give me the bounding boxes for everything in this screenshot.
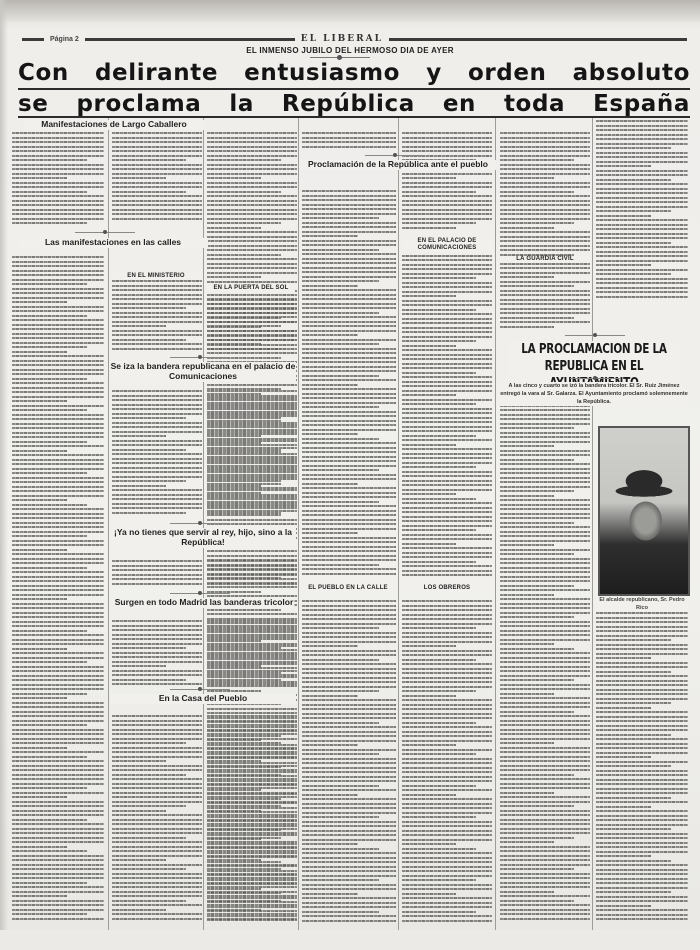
text-line bbox=[402, 399, 492, 401]
text-line bbox=[402, 264, 492, 266]
text-line bbox=[500, 814, 590, 816]
text-line bbox=[112, 560, 202, 562]
text-block bbox=[112, 560, 202, 587]
text-line bbox=[12, 355, 104, 357]
text-line bbox=[500, 778, 590, 780]
text-block bbox=[112, 390, 202, 516]
text-line bbox=[302, 141, 396, 143]
text-line bbox=[207, 249, 297, 251]
text-line bbox=[596, 738, 688, 740]
text-line bbox=[12, 769, 104, 771]
text-line bbox=[402, 834, 492, 836]
text-line bbox=[112, 801, 202, 803]
text-line bbox=[207, 204, 297, 206]
text-line bbox=[402, 295, 456, 297]
text-line bbox=[12, 886, 104, 888]
text-line bbox=[596, 273, 671, 275]
text-line bbox=[500, 463, 590, 465]
text-line bbox=[596, 680, 688, 682]
text-line bbox=[402, 282, 492, 284]
text-line bbox=[402, 222, 476, 224]
text-line bbox=[302, 663, 396, 665]
text-line bbox=[500, 285, 574, 287]
text-line bbox=[302, 609, 396, 611]
text-line bbox=[500, 594, 554, 596]
text-line bbox=[302, 253, 396, 255]
text-line bbox=[402, 345, 456, 347]
text-line bbox=[112, 343, 202, 345]
text-line bbox=[402, 794, 456, 796]
text-line bbox=[12, 351, 67, 353]
text-line bbox=[112, 674, 202, 676]
text-line bbox=[402, 444, 456, 446]
text-line bbox=[596, 219, 688, 221]
text-line bbox=[12, 177, 67, 179]
text-line bbox=[596, 797, 671, 799]
text-line bbox=[112, 670, 202, 672]
text-line bbox=[500, 495, 554, 497]
text-line bbox=[402, 417, 492, 419]
text-line bbox=[112, 444, 202, 446]
text-line bbox=[12, 882, 87, 884]
text-line bbox=[12, 895, 67, 897]
text-line bbox=[500, 299, 590, 301]
text-line bbox=[500, 294, 590, 296]
text-line bbox=[596, 864, 688, 866]
text-block bbox=[207, 620, 297, 688]
text-line bbox=[500, 810, 590, 812]
text-line bbox=[112, 494, 202, 496]
text-line bbox=[12, 445, 104, 447]
text-line bbox=[402, 182, 492, 184]
text-line bbox=[302, 636, 396, 638]
text-line bbox=[112, 298, 202, 300]
text-line bbox=[500, 909, 590, 911]
text-line bbox=[402, 556, 492, 558]
text-line bbox=[12, 522, 104, 524]
text-line bbox=[402, 857, 492, 859]
text-line bbox=[596, 707, 651, 709]
text-line bbox=[402, 520, 492, 522]
text-line bbox=[596, 648, 688, 650]
text-line bbox=[402, 915, 492, 917]
text-line bbox=[207, 629, 297, 631]
text-line bbox=[12, 337, 104, 339]
text-line bbox=[500, 540, 590, 542]
text-line bbox=[207, 841, 297, 843]
text-line bbox=[596, 837, 688, 839]
text-line bbox=[302, 690, 379, 692]
text-line bbox=[596, 747, 688, 749]
text-line bbox=[402, 430, 492, 432]
text-line bbox=[500, 720, 590, 722]
text-line bbox=[207, 652, 297, 654]
text-line bbox=[500, 182, 590, 184]
text-line bbox=[500, 150, 590, 152]
text-line bbox=[500, 639, 590, 641]
text-line bbox=[302, 429, 396, 431]
text-line bbox=[112, 747, 202, 749]
text-line bbox=[12, 288, 104, 290]
text-line bbox=[12, 513, 104, 515]
text-line bbox=[500, 688, 590, 690]
text-line bbox=[500, 499, 590, 501]
text-line bbox=[402, 565, 492, 567]
text-line bbox=[207, 569, 297, 571]
text-line bbox=[302, 199, 396, 201]
text-line bbox=[207, 159, 281, 161]
text-line bbox=[112, 173, 202, 175]
text-line bbox=[207, 555, 297, 557]
text-line bbox=[12, 164, 104, 166]
text-line bbox=[112, 453, 202, 455]
text-line bbox=[207, 276, 261, 278]
text-line bbox=[402, 843, 456, 845]
text-line bbox=[207, 444, 297, 446]
text-line bbox=[500, 585, 574, 587]
text-line bbox=[500, 796, 590, 798]
text-line bbox=[112, 164, 202, 166]
text-line bbox=[12, 733, 104, 735]
text-line bbox=[402, 861, 492, 863]
text-line bbox=[596, 824, 688, 826]
text-line bbox=[500, 281, 590, 283]
text-line bbox=[402, 690, 476, 692]
text-line bbox=[596, 242, 671, 244]
text-line bbox=[112, 679, 186, 681]
text-line bbox=[596, 639, 671, 641]
text-line bbox=[207, 837, 281, 839]
text-line bbox=[12, 616, 104, 618]
paper-name: EL LIBERAL bbox=[301, 34, 383, 44]
text-line bbox=[402, 457, 492, 459]
text-line bbox=[500, 186, 590, 188]
text-line bbox=[207, 298, 297, 300]
text-line bbox=[402, 507, 492, 509]
text-line bbox=[402, 704, 492, 706]
text-line bbox=[12, 297, 104, 299]
text-line bbox=[500, 204, 590, 206]
text-line bbox=[402, 852, 492, 854]
text-line bbox=[596, 653, 688, 655]
text-line bbox=[12, 346, 87, 348]
text-line bbox=[207, 132, 297, 134]
text-line bbox=[12, 643, 104, 645]
text-line bbox=[596, 237, 688, 239]
text-line bbox=[402, 466, 476, 468]
text-line bbox=[302, 686, 396, 688]
text-line bbox=[302, 839, 396, 841]
text-line bbox=[402, 780, 492, 782]
text-line bbox=[596, 725, 688, 727]
text-line bbox=[207, 321, 297, 323]
text-line bbox=[500, 792, 554, 794]
text-line bbox=[596, 147, 671, 149]
text-line bbox=[302, 843, 358, 845]
text-line bbox=[112, 904, 202, 906]
text-line bbox=[112, 449, 186, 451]
text-line bbox=[302, 852, 396, 854]
text-line bbox=[596, 251, 688, 253]
text-line bbox=[302, 492, 396, 494]
text-line bbox=[402, 722, 476, 724]
text-line bbox=[500, 904, 590, 906]
text-line bbox=[12, 580, 104, 582]
text-line bbox=[402, 141, 492, 143]
text-line bbox=[112, 321, 202, 323]
text-line bbox=[596, 716, 688, 718]
text-line bbox=[12, 810, 104, 812]
text-line bbox=[500, 312, 590, 314]
text-line bbox=[12, 310, 104, 312]
text-line bbox=[207, 850, 297, 852]
text-line bbox=[112, 195, 202, 197]
text-line bbox=[402, 376, 492, 378]
text-line bbox=[207, 440, 297, 442]
text-line bbox=[500, 513, 590, 515]
text-line bbox=[500, 486, 590, 488]
text-line bbox=[12, 603, 104, 605]
text-line bbox=[12, 805, 104, 807]
text-line bbox=[596, 918, 688, 920]
text-line bbox=[500, 240, 590, 242]
text-line bbox=[402, 273, 492, 275]
text-block bbox=[112, 132, 202, 222]
text-line bbox=[500, 846, 590, 848]
text-line bbox=[302, 803, 396, 805]
text-line bbox=[500, 823, 590, 825]
text-line bbox=[500, 738, 590, 740]
text-line bbox=[12, 792, 104, 794]
text-line bbox=[112, 877, 202, 879]
text-line bbox=[402, 304, 492, 306]
minor-heading: LOS OBREROS bbox=[402, 585, 492, 592]
text-line bbox=[12, 837, 104, 839]
text-line bbox=[112, 417, 186, 419]
text-line bbox=[12, 150, 104, 152]
text-line bbox=[112, 882, 202, 884]
text-line bbox=[207, 823, 297, 825]
text-line bbox=[596, 630, 688, 632]
text-line bbox=[402, 367, 492, 369]
text-block bbox=[112, 280, 202, 352]
text-line bbox=[500, 670, 590, 672]
text-line bbox=[12, 630, 87, 632]
text-line bbox=[596, 792, 688, 794]
text-line bbox=[112, 177, 166, 179]
text-line bbox=[12, 819, 87, 821]
text-line bbox=[12, 261, 104, 263]
text-block bbox=[302, 190, 396, 577]
text-line bbox=[402, 762, 492, 764]
text-line bbox=[207, 227, 261, 229]
text-line bbox=[207, 408, 297, 410]
text-line bbox=[402, 268, 492, 270]
text-line bbox=[12, 360, 104, 362]
text-line bbox=[112, 485, 166, 487]
text-line bbox=[402, 286, 492, 288]
text-line bbox=[302, 906, 396, 908]
text-line bbox=[402, 255, 492, 257]
section-heading-calles: Las manifestaciones en las calles bbox=[18, 238, 208, 248]
text-line bbox=[596, 134, 688, 136]
text-line bbox=[596, 264, 651, 266]
text-line bbox=[596, 783, 688, 785]
text-line bbox=[302, 357, 396, 359]
text-line bbox=[402, 789, 492, 791]
text-line bbox=[596, 156, 688, 158]
text-line bbox=[12, 409, 87, 411]
text-line bbox=[500, 751, 590, 753]
text-line bbox=[207, 787, 297, 789]
text-block bbox=[207, 715, 297, 922]
text-line bbox=[12, 909, 104, 911]
text-line bbox=[302, 888, 396, 890]
ayuntamiento-deck: A las cinco y cuarto se izó la bandera t… bbox=[500, 382, 688, 406]
text-line bbox=[207, 503, 297, 505]
text-line bbox=[207, 339, 297, 341]
text-line bbox=[207, 267, 297, 269]
text-line bbox=[12, 186, 104, 188]
text-line bbox=[596, 860, 671, 862]
text-line bbox=[402, 529, 476, 531]
text-line bbox=[112, 325, 166, 327]
text-line bbox=[207, 146, 297, 148]
text-line bbox=[302, 875, 396, 877]
text-line bbox=[12, 472, 87, 474]
text-line bbox=[12, 724, 87, 726]
text-line bbox=[500, 729, 590, 731]
text-line bbox=[500, 706, 590, 708]
text-line bbox=[12, 517, 104, 519]
text-line bbox=[207, 352, 297, 354]
text-line bbox=[207, 281, 297, 283]
text-line bbox=[207, 720, 297, 722]
text-line bbox=[207, 674, 297, 676]
text-line bbox=[207, 774, 281, 776]
text-line bbox=[207, 778, 297, 780]
text-line bbox=[12, 679, 104, 681]
text-line bbox=[596, 698, 688, 700]
text-line bbox=[207, 200, 297, 202]
text-line bbox=[12, 729, 104, 731]
text-line bbox=[207, 679, 281, 681]
text-line bbox=[500, 859, 590, 861]
ornament bbox=[365, 155, 425, 156]
text-line bbox=[112, 395, 202, 397]
text-line bbox=[302, 541, 396, 543]
text-line bbox=[596, 215, 651, 217]
text-line bbox=[302, 911, 379, 913]
text-line bbox=[402, 866, 492, 868]
text-line bbox=[596, 291, 688, 293]
text-line bbox=[302, 366, 396, 368]
text-line bbox=[302, 298, 396, 300]
text-line bbox=[112, 191, 186, 193]
text-line bbox=[12, 846, 67, 848]
text-line bbox=[500, 481, 590, 483]
text-line bbox=[12, 213, 104, 215]
text-line bbox=[596, 260, 688, 262]
text-line bbox=[12, 877, 104, 879]
ornament bbox=[75, 232, 135, 233]
text-line bbox=[207, 213, 297, 215]
text-line bbox=[596, 909, 688, 911]
text-line bbox=[12, 155, 104, 157]
text-line bbox=[302, 614, 396, 616]
text-line bbox=[207, 769, 297, 771]
text-line bbox=[302, 501, 379, 503]
text-line bbox=[112, 661, 202, 663]
text-line bbox=[12, 218, 104, 220]
text-line bbox=[402, 731, 492, 733]
section-heading-comunicaciones: Se iza la bandera republicana en el pala… bbox=[110, 362, 296, 382]
text-line bbox=[12, 141, 104, 143]
text-line bbox=[402, 884, 492, 886]
text-line bbox=[596, 165, 651, 167]
text-line bbox=[12, 652, 104, 654]
text-line bbox=[302, 668, 396, 670]
text-line bbox=[500, 427, 574, 429]
text-line bbox=[207, 231, 297, 233]
text-line bbox=[207, 918, 297, 920]
text-line bbox=[402, 875, 492, 877]
text-line bbox=[12, 328, 104, 330]
text-line bbox=[402, 888, 492, 890]
text-line bbox=[302, 226, 396, 228]
text-line bbox=[112, 783, 202, 785]
text-line bbox=[402, 340, 476, 342]
text-line bbox=[596, 192, 688, 194]
text-line bbox=[596, 770, 688, 772]
text-line bbox=[402, 735, 492, 737]
text-line bbox=[500, 317, 574, 319]
text-line bbox=[500, 468, 590, 470]
text-line bbox=[112, 738, 202, 740]
text-line bbox=[207, 796, 297, 798]
text-line bbox=[302, 776, 396, 778]
text-line bbox=[302, 532, 358, 534]
text-line bbox=[302, 330, 396, 332]
text-line bbox=[112, 159, 186, 161]
text-line bbox=[500, 697, 590, 699]
text-line bbox=[112, 756, 202, 758]
text-line bbox=[500, 769, 590, 771]
column-rule bbox=[592, 118, 593, 933]
section-heading-largo-caballero: Manifestaciones de Largo Caballero bbox=[24, 120, 204, 130]
text-line bbox=[596, 626, 688, 628]
text-line bbox=[500, 558, 590, 560]
text-line bbox=[12, 873, 104, 875]
text-line bbox=[402, 313, 492, 315]
text-line bbox=[500, 168, 590, 170]
text-line bbox=[12, 657, 104, 659]
text-line bbox=[500, 164, 590, 166]
text-line bbox=[302, 771, 396, 773]
newspaper-page: Página 2 EL LIBERAL EL INMENSO JUBILO DE… bbox=[0, 0, 700, 950]
text-line bbox=[302, 438, 379, 440]
text-line bbox=[12, 814, 104, 816]
text-line bbox=[112, 471, 202, 473]
text-line bbox=[207, 656, 297, 658]
text-line bbox=[302, 879, 379, 881]
text-line bbox=[302, 487, 396, 489]
text-line bbox=[207, 900, 281, 902]
text-line bbox=[12, 783, 104, 785]
text-line bbox=[302, 213, 396, 215]
text-line bbox=[12, 441, 87, 443]
text-line bbox=[207, 805, 281, 807]
